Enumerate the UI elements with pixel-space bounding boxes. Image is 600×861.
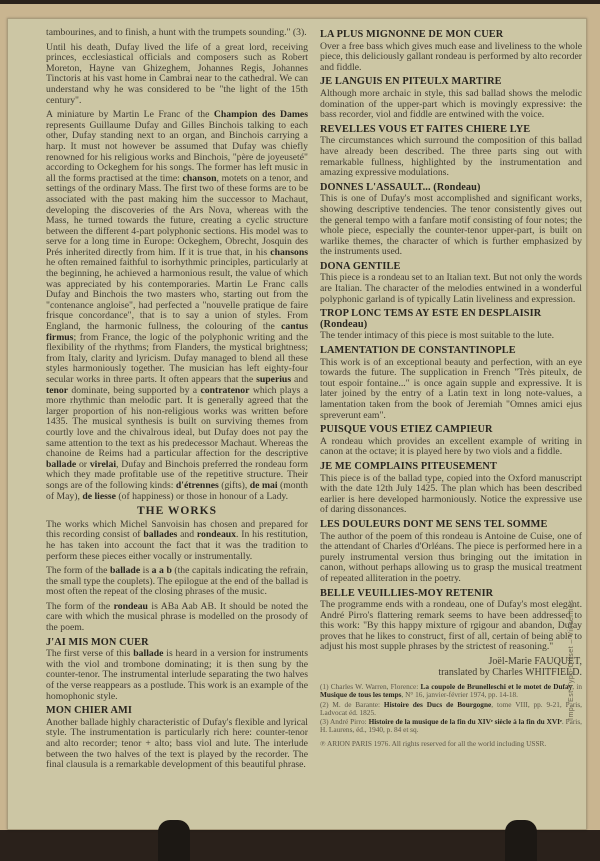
footnotes: (1) Charles W. Warren, Florence: La coup… <box>320 683 582 734</box>
track-title: TROP LONC TEMS AY ESTE EN DESPLAISIR (Ro… <box>320 309 582 330</box>
track-description: Although more archaic in style, this sad… <box>320 89 582 121</box>
track-title: J'AI MIS MON CUER <box>46 638 308 649</box>
track-title: PUISQUE VOUS ETIEZ CAMPIEUR <box>320 425 582 436</box>
footnote: (3) André Pirro: Histoire de la musique … <box>320 718 582 734</box>
track-description: The circumstances which surround the com… <box>320 136 582 178</box>
copyright-notice: ℗ ARION PARIS 1976. All rights reserved … <box>320 740 582 748</box>
track-description: The first verse of this ballade is heard… <box>46 649 308 702</box>
paragraph: Until his death, Dufay lived the life of… <box>46 43 308 107</box>
section-heading-works: THE WORKS <box>46 506 308 517</box>
track-title: BELLE VEUILLIES-MOY RETENIR <box>320 589 582 600</box>
track-description: The programme ends with a rondeau, one o… <box>320 600 582 653</box>
paragraph: tambourines, and to finish, a hunt with … <box>46 28 308 39</box>
track-title: DONA GENTILE <box>320 262 582 273</box>
right-column: LA PLUS MIGNONNE DE MON CUEROver a free … <box>320 28 582 749</box>
track-description: Over a free bass which gives much ease a… <box>320 42 582 74</box>
track-description: The tender intimacy of this piece is mos… <box>320 331 582 342</box>
track-description: This piece is of the ballad type, copied… <box>320 474 582 516</box>
phonogram-icon: ℗ <box>320 739 326 748</box>
paragraph: The form of the ballade is a a b (the ca… <box>46 566 308 598</box>
track-list: LA PLUS MIGNONNE DE MON CUEROver a free … <box>320 30 582 653</box>
track-description: This work is of an exceptional beauty an… <box>320 358 582 422</box>
left-column: tambourines, and to finish, a hunt with … <box>46 28 308 775</box>
track-title: LA PLUS MIGNONNE DE MON CUER <box>320 30 582 41</box>
paragraph: The works which Michel Sanvoisin has cho… <box>46 520 308 562</box>
track-description: Another ballade highly characteristic of… <box>46 718 308 771</box>
clip-shadow <box>505 820 537 861</box>
clip-shadow <box>158 820 190 861</box>
track-description: This is one of Dufay's most accomplished… <box>320 194 582 258</box>
liner-notes-page: tambourines, and to finish, a hunt with … <box>7 18 587 830</box>
signature: Joël-Marie FAUQUET, translated by Charle… <box>320 657 582 678</box>
translator-name: translated by Charles WHITFIELD. <box>320 668 582 679</box>
track-title: JE LANGUIS EN PITEULX MARTIRE <box>320 77 582 88</box>
track-description: A rondeau which provides an excellent ex… <box>320 437 582 458</box>
printer-imprint: Imp. Est-Typo-Offset – Vincennes <box>568 600 575 720</box>
track-title: MON CHIER AMI <box>46 706 308 717</box>
footnote: (1) Charles W. Warren, Florence: La coup… <box>320 683 582 699</box>
paragraph: A miniature by Martin Le Franc of the Ch… <box>46 110 308 502</box>
track-title: LAMENTATION DE CONSTANTINOPLE <box>320 346 582 357</box>
track-title: DONNES L'ASSAULT... (Rondeau) <box>320 183 582 194</box>
footnote: (2) M. de Barante: Histoire des Ducs de … <box>320 701 582 717</box>
track-description: The author of the poem of this rondeau i… <box>320 532 582 585</box>
track-description: This piece is a rondeau set to an Italia… <box>320 273 582 305</box>
paragraph: The form of the rondeau is ABa Aab AB. I… <box>46 602 308 634</box>
track-title: LES DOULEURS DONT ME SENS TEL SOMME <box>320 520 582 531</box>
track-title: JE ME COMPLAINS PITEUSEMENT <box>320 462 582 473</box>
track-title: REVELLES VOUS ET FAITES CHIERE LYE <box>320 125 582 136</box>
